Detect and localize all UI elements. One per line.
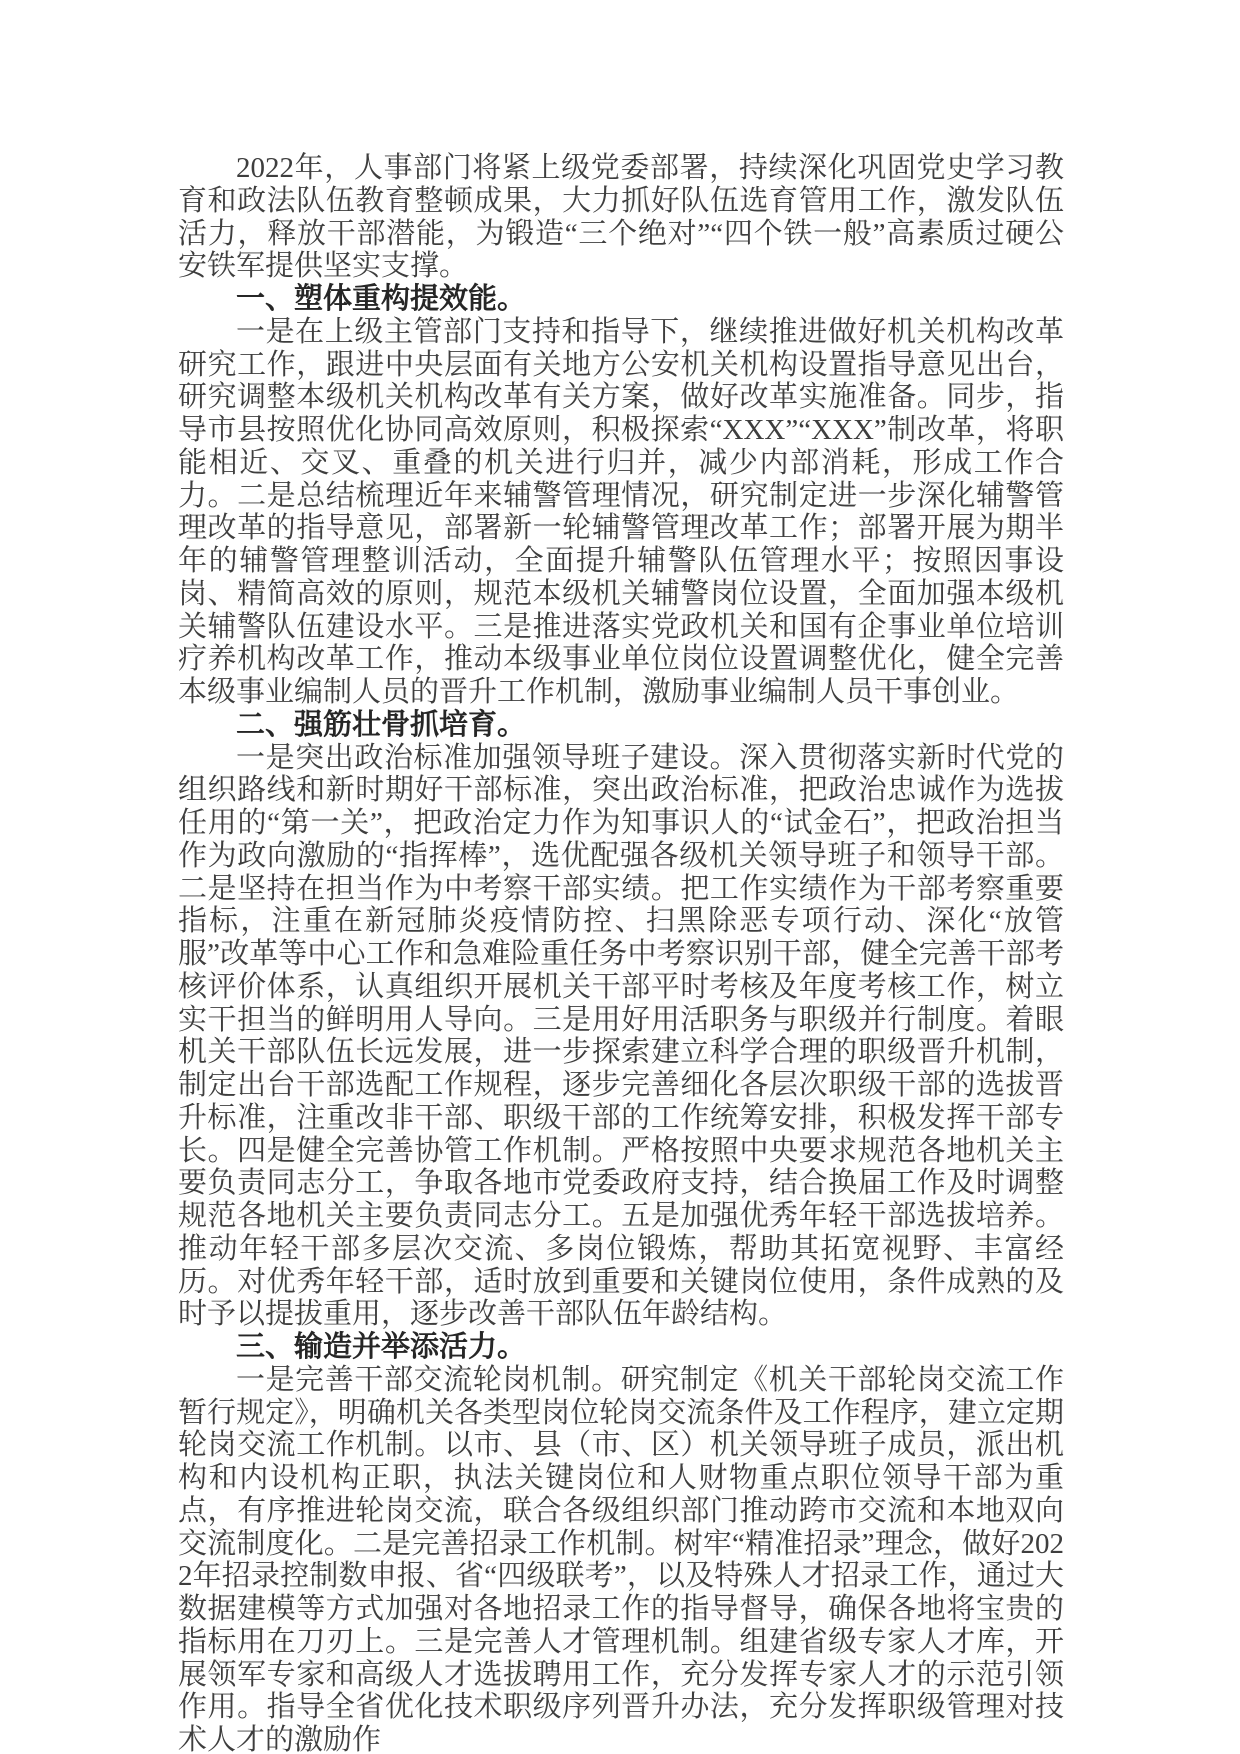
document-body: 2022年，人事部门将紧上级党委部署，持续深化巩固党史学习教育和政法队伍教育整顿… bbox=[178, 152, 1064, 1754]
section-1-heading: 一、塑体重构提效能。 bbox=[178, 283, 1064, 316]
section-2-paragraph: 一是突出政治标准加强领导班子建设。深入贯彻落实新时代党的组织路线和新时期好干部标… bbox=[178, 742, 1064, 1332]
section-3-paragraph: 一是完善干部交流轮岗机制。研究制定《机关干部轮岗交流工作暂行规定》，明确机关各类… bbox=[178, 1364, 1064, 1754]
document-page: 2022年，人事部门将紧上级党委部署，持续深化巩固党史学习教育和政法队伍教育整顿… bbox=[0, 0, 1240, 1754]
section-2-heading: 二、强筋壮骨抓培育。 bbox=[178, 709, 1064, 742]
section-1-paragraph: 一是在上级主管部门支持和指导下，继续推进做好机关机构改革研究工作，跟进中央层面有… bbox=[178, 316, 1064, 709]
section-3-heading: 三、输造并举添活力。 bbox=[178, 1331, 1064, 1364]
intro-paragraph: 2022年，人事部门将紧上级党委部署，持续深化巩固党史学习教育和政法队伍教育整顿… bbox=[178, 152, 1064, 283]
